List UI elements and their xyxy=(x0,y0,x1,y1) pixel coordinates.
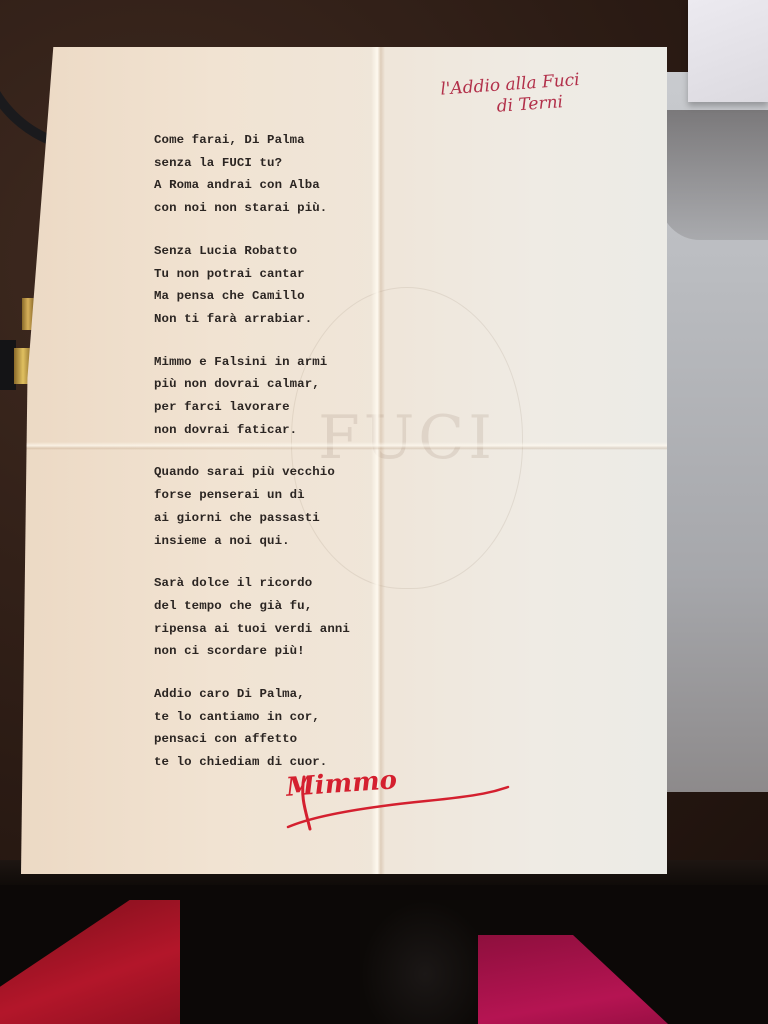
dark-shoe xyxy=(360,900,490,1024)
verse-line: Mimmo e Falsini in armi xyxy=(154,351,384,374)
verse-line: Sarà dolce il ricordo xyxy=(154,572,384,595)
verse-line: pensaci con affetto xyxy=(154,728,384,751)
verse-line: te lo cantiamo in cor, xyxy=(154,706,384,729)
stanza: Quando sarai più vecchio forse penserai … xyxy=(154,461,384,552)
stanza: Senza Lucia Robatto Tu non potrai cantar… xyxy=(154,240,384,331)
verse-line: del tempo che già fu, xyxy=(154,595,384,618)
verse-line: Come farai, Di Palma xyxy=(154,129,384,152)
verse-line: forse penserai un dì xyxy=(154,484,384,507)
verse-line: Tu non potrai cantar xyxy=(154,263,384,286)
verse-line: Quando sarai più vecchio xyxy=(154,461,384,484)
verse-line: non dovrai faticar. xyxy=(154,419,384,442)
stanza: Mimmo e Falsini in armi più non dovrai c… xyxy=(154,351,384,442)
verse-line: con noi non starai più. xyxy=(154,197,384,220)
verse-line: insieme a noi qui. xyxy=(154,530,384,553)
verse-line: Addio caro Di Palma, xyxy=(154,683,384,706)
typewritten-poem: Come farai, Di Palma senza la FUCI tu? A… xyxy=(154,129,384,794)
verse-line: senza la FUCI tu? xyxy=(154,152,384,175)
verse-line: A Roma andrai con Alba xyxy=(154,174,384,197)
verse-line: Ma pensa che Camillo xyxy=(154,285,384,308)
verse-line: per farci lavorare xyxy=(154,396,384,419)
stanza: Addio caro Di Palma, te lo cantiamo in c… xyxy=(154,683,384,774)
verse-line: Senza Lucia Robatto xyxy=(154,240,384,263)
handwritten-title: l'Addio alla Fuci di Terni xyxy=(440,66,632,121)
poem-letter-sheet: FUCI l'Addio alla Fuci di Terni Come far… xyxy=(21,47,667,874)
stanza: Come farai, Di Palma senza la FUCI tu? A… xyxy=(154,129,384,220)
verse-line: Non ti farà arrabiar. xyxy=(154,308,384,331)
other-paper-corner xyxy=(688,0,768,102)
shadow xyxy=(660,110,768,240)
verse-line: ai giorni che passasti xyxy=(154,507,384,530)
stanza: Sarà dolce il ricordo del tempo che già … xyxy=(154,572,384,663)
verse-line: non ci scordare più! xyxy=(154,640,384,663)
verse-line: ripensa ai tuoi verdi anni xyxy=(154,618,384,641)
verse-line: più non dovrai calmar, xyxy=(154,373,384,396)
